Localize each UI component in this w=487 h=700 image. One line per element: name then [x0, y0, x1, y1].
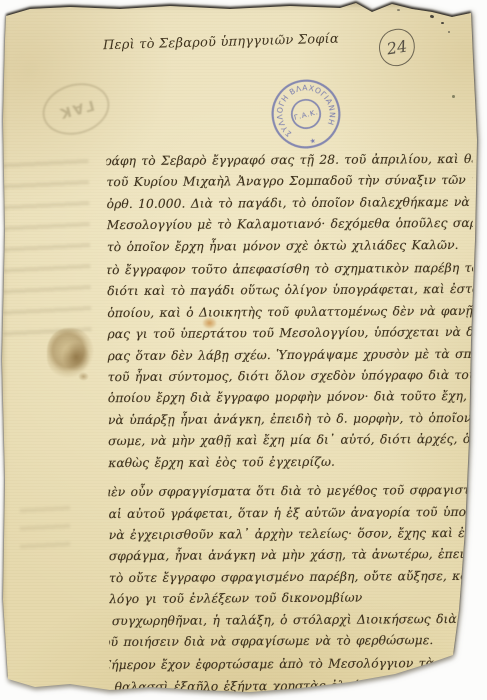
paragraph-4: Διὰ δὲ τὸ συγχωρηθῆναι, ἡ ταλάξη, ὁ στόλ… [106, 608, 475, 653]
handwritten-line: αἱ αὐτοῦ γράφεται, ὅταν ἡ ἐξ αὐτῶν ἀναγο… [108, 501, 474, 525]
handwritten-line: νὰ ὑπάρξῃ ἦναι ἀνάγκη, ἐπειδὴ τὸ δ. μορφ… [108, 408, 474, 432]
handwritten-line: θαλασσὶ ἑξαῆλο ἑξήντα χρηστὰς ἐλπίδας. Ἡ… [115, 675, 476, 699]
handwritten-line: Διὰ δὲ τὸ συγχωρηθῆναι, ἡ ταλάξη, ὁ στόλ… [106, 608, 475, 632]
handwritten-line: Ἡ μὲν οὖν σφραγγίσματα ὅτι διὰ τὸ μεγέθο… [108, 480, 474, 504]
handwritten-line: ὀρθ. 10.000. Διὰ τὸ παγάδι, τὸ ὁποῖον δι… [107, 192, 473, 216]
paragraph-3: Ἡ μὲν οὖν σφραγγίσματα ὅτι διὰ τὸ μεγέθο… [108, 480, 475, 611]
ink-speck [430, 14, 435, 18]
handwritten-line: καθὼς ἔρχη καὶ ἐὸς τοῦ ἐγχειρίζω. [108, 451, 474, 475]
ink-speck [441, 22, 444, 24]
handwritten-line: ὁποίου, καὶ ὁ Διοικητὴς τοῦ φυλαττομένως… [107, 301, 473, 325]
handwritten-line: Εἰς τὸ ἔγγραφον τοῦτο ἀπεφασίσθη τὸ σχημ… [107, 258, 473, 282]
handwritten-line: Ἐγράφη τὸ Σεβαρὸ ἔγγραφό σας τῇ 28. τοῦ … [106, 149, 472, 173]
handwritten-line: σωμε, νὰ μὴν χαθῇ καὶ ἔχη μία δι᾽ αὐτό, … [108, 429, 474, 453]
page-number-oval: 24 [376, 26, 417, 68]
handwritten-line: ρας ὅταν δὲν λάβῃ σχέω. Ὑπογράψαμε χρυσὸ… [108, 344, 474, 368]
handwritten-line: τὸ ὁποῖον ἔρχη ἦναι μόνον σχὲ ὀκτὼ χιλιά… [107, 235, 473, 259]
manuscript-paper: Περὶ τὸ Σεβαροῦ ὑπηγγυιῶν Σοφία 24 ΓΑΚ Σ… [0, 0, 487, 700]
handwritten-line: λόγο γι τοῦ ἐνλέξεων τοῦ δικονομβίων [109, 587, 475, 611]
ink-stain [47, 328, 94, 378]
stamp-center-text: Γ.Α.Κ. [293, 107, 319, 122]
svg-text:ΣΥΛΛΟΓΗ ΒΛΑΧΟΓΙΑΝΝΗ: ΣΥΛΛΟΓΗ ΒΛΑΧΟΓΙΑΝΝΗ [269, 77, 341, 140]
verso-bleedthrough [0, 149, 91, 346]
ink-speck [397, 9, 400, 11]
stamp-ring-text: ΣΥΛΛΟΓΗ ΒΛΑΧΟΓΙΑΝΝΗ [269, 77, 341, 140]
ink-stain [78, 372, 89, 381]
page-number: 24 [385, 37, 408, 59]
star-icon: ★ [309, 137, 317, 146]
ink-speck [448, 31, 450, 33]
paragraph-5: Σήμερον ἔχον ἐφορτώσαμε ἀπὸ τὸ Μεσολόγγι… [114, 653, 475, 698]
ink-speck [452, 95, 455, 98]
embossed-seal: ΓΑΚ [36, 76, 115, 143]
handwritten-line: τοῦ Κυρίου Μιχαὴλ Ἀναγρο Σομπαδοῦ τὴν σύ… [106, 170, 472, 194]
paragraph-1: Ἐγράφη τὸ Σεβαρὸ ἔγγραφό σας τῇ 28. τοῦ … [106, 149, 473, 258]
handwritten-line: διότι καὶ τὸ παγάδι οὕτως ὀλίγον ὑπογράφ… [107, 279, 473, 303]
handwritten-line: ὁποίου ἔρχη διὰ ἔγγραφο μορφὴν μόνον· δι… [108, 386, 474, 410]
scanned-page: Περὶ τὸ Σεβαροῦ ὑπηγγυιῶν Σοφία 24 ΓΑΚ Σ… [0, 0, 487, 700]
paper-shadow-wrap: Περὶ τὸ Σεβαροῦ ὑπηγγυιῶν Σοφία 24 ΓΑΚ Σ… [0, 0, 487, 700]
document-title: Περὶ τὸ Σεβαροῦ ὑπηγγυιῶν Σοφία [103, 32, 333, 54]
paragraph-2: Εἰς τὸ ἔγγραφον τοῦτο ἀπεφασίσθη τὸ σχημ… [107, 258, 474, 474]
handwritten-line: τὸ οὔτε ἔγγραφο σφραγισμένο παρέβη, οὔτε… [109, 566, 475, 590]
embossed-seal-text: ΓΑΚ [56, 97, 96, 122]
handwritten-line: τοῦ ποιήσειν διὰ νὰ σφραγίσωμε νὰ τὸ φερ… [106, 630, 475, 654]
handwritten-line: ρας γι τοῦ ὑπερτάτου τοῦ Μεσολογγίου, ὑπ… [107, 322, 473, 346]
handwritten-line: σφράγμα, ἦναι ἀνάγκη νὰ μὴν χάσῃ, τὰ ἀνω… [109, 544, 475, 568]
verso-bleedthrough [20, 500, 70, 560]
handwritten-line: Μεσολογγίου μὲ τὸ Καλαμοτιανό· δεχόμεθα … [107, 213, 473, 237]
handwritten-line: Σήμερον ἔχον ἐφορτώσαμε ἀπὸ τὸ Μεσολόγγι… [114, 653, 475, 677]
handwritten-line: νὰ ἐγχειρισθοῦν καλ᾽ ἀρχὴν τελείως· ὅσον… [109, 523, 475, 547]
handwritten-body: Ἐγράφη τὸ Σεβαρὸ ἔγγραφό σας τῇ 28. τοῦ … [106, 149, 475, 698]
handwritten-line: τοῦ ἦναι σύντομος, διότι ὅλον σχεδὸν ὑπό… [108, 365, 474, 389]
